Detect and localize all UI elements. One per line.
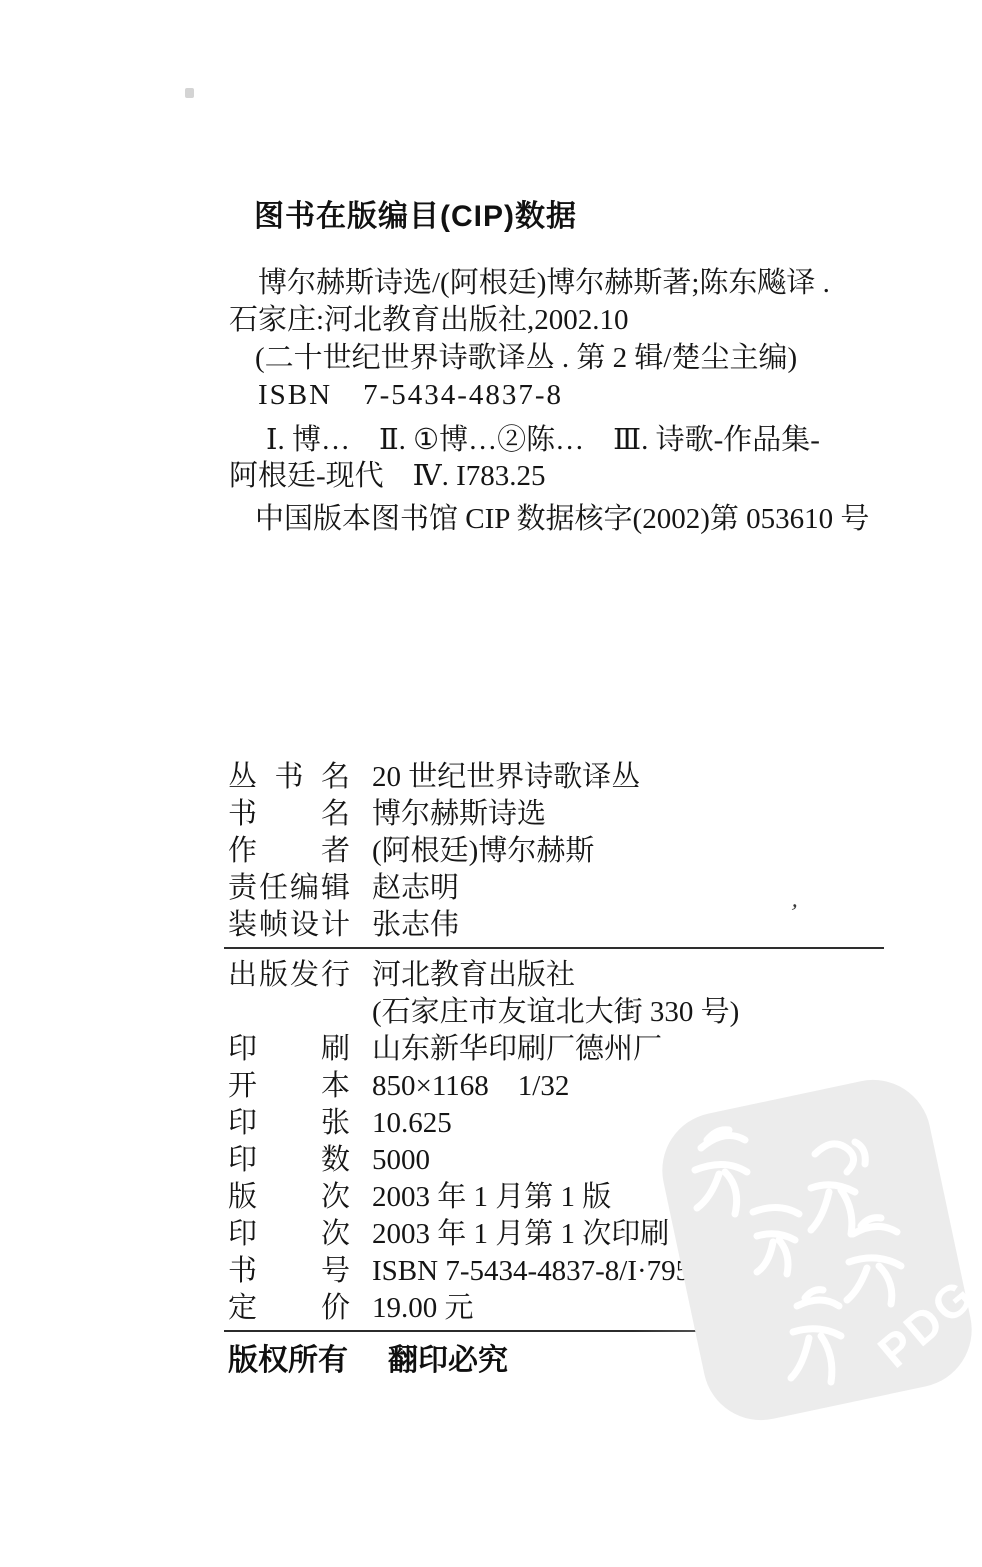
row-value: 2003 年 1 月第 1 版 bbox=[372, 1182, 611, 1212]
row-value: (阿根廷)博尔赫斯 bbox=[372, 836, 594, 866]
row-value: 10.625 bbox=[372, 1108, 452, 1138]
row-value: 5000 bbox=[372, 1145, 430, 1175]
scan-speck bbox=[185, 88, 194, 98]
row-value: 赵志明 bbox=[372, 873, 459, 903]
seal-blob bbox=[652, 1070, 982, 1430]
cip-heading: 图书在版编目(CIP)数据 bbox=[254, 200, 577, 234]
row-label: 出版发行 bbox=[228, 960, 350, 990]
row-value: 山东新华印刷厂德州厂 bbox=[372, 1034, 662, 1064]
colophon-row-publisher-address: (石家庄市友谊北大街 330 号) bbox=[228, 997, 896, 1027]
cip-classification-line-2: 阿根廷-现代 Ⅳ. I783.25 bbox=[229, 459, 546, 493]
row-value: 19.00 元 bbox=[372, 1293, 474, 1323]
row-value: (石家庄市友谊北大街 330 号) bbox=[372, 997, 739, 1027]
row-label: 印次 bbox=[228, 1219, 350, 1249]
row-label: 书名 bbox=[228, 799, 350, 829]
colophon-row-publisher: 出版发行 河北教育出版社 bbox=[228, 960, 896, 990]
colophon-row-printer: 印刷 山东新华印刷厂德州厂 bbox=[228, 1034, 896, 1064]
copyright-all-rights: 版权所有 bbox=[228, 1344, 348, 1377]
cip-record-line-2: 石家庄:河北教育出版社,2002.10 bbox=[229, 303, 629, 337]
row-label bbox=[228, 997, 350, 1027]
row-label: 印张 bbox=[228, 1108, 350, 1138]
row-label: 版次 bbox=[228, 1182, 350, 1212]
row-label: 作者 bbox=[228, 836, 350, 866]
cip-record-line-3: (二十世纪世界诗歌译丛 . 第 2 辑/楚尘主编) bbox=[255, 341, 797, 375]
pdg-watermark: PDG bbox=[645, 1070, 982, 1430]
cip-isbn-line: ISBN 7-5434-4837-8 bbox=[258, 378, 563, 412]
row-label: 印数 bbox=[228, 1145, 350, 1175]
row-label: 装帧设计 bbox=[228, 910, 350, 940]
row-label: 责任编辑 bbox=[228, 873, 350, 903]
cip-record-number: 中国版本图书馆 CIP 数据核字(2002)第 053610 号 bbox=[255, 502, 869, 536]
divider-rule-top bbox=[224, 947, 884, 949]
colophon-row-title: 书名 博尔赫斯诗选 bbox=[228, 799, 896, 829]
row-label: 印刷 bbox=[228, 1034, 350, 1064]
row-value: 20 世纪世界诗歌译丛 bbox=[372, 762, 640, 792]
colophon-row-author: 作者 (阿根廷)博尔赫斯 bbox=[228, 836, 896, 866]
row-value: 河北教育出版社 bbox=[372, 960, 575, 990]
copyright-no-reprint: 翻印必究 bbox=[388, 1344, 508, 1377]
colophon-row-series: 丛书名 20 世纪世界诗歌译丛 bbox=[228, 762, 896, 792]
row-label: 丛书名 bbox=[228, 762, 350, 792]
colophon-row-designer: 装帧设计 张志伟 bbox=[228, 910, 896, 940]
row-label: 开本 bbox=[228, 1071, 350, 1101]
cip-classification-line-1: Ⅰ. 博… Ⅱ. ①博…②陈… Ⅲ. 诗歌-作品集- bbox=[266, 423, 820, 457]
book-colophon-page: 图书在版编目(CIP)数据 博尔赫斯诗选/(阿根廷)博尔赫斯著;陈东飚译 . 石… bbox=[0, 0, 982, 1567]
colophon-row-editor: 责任编辑 赵志明 bbox=[228, 873, 896, 903]
row-label: 书号 bbox=[228, 1256, 350, 1286]
row-value: ISBN 7-5434-4837-8/I·795 bbox=[372, 1256, 690, 1286]
row-label: 定价 bbox=[228, 1293, 350, 1323]
row-value: 2003 年 1 月第 1 次印刷 bbox=[372, 1219, 669, 1249]
row-value: 博尔赫斯诗选 bbox=[372, 799, 546, 829]
row-value: 张志伟 bbox=[372, 910, 459, 940]
row-value: 850×1168 1/32 bbox=[372, 1071, 569, 1101]
cip-record-line-1: 博尔赫斯诗选/(阿根廷)博尔赫斯著;陈东飚译 . bbox=[258, 266, 830, 300]
